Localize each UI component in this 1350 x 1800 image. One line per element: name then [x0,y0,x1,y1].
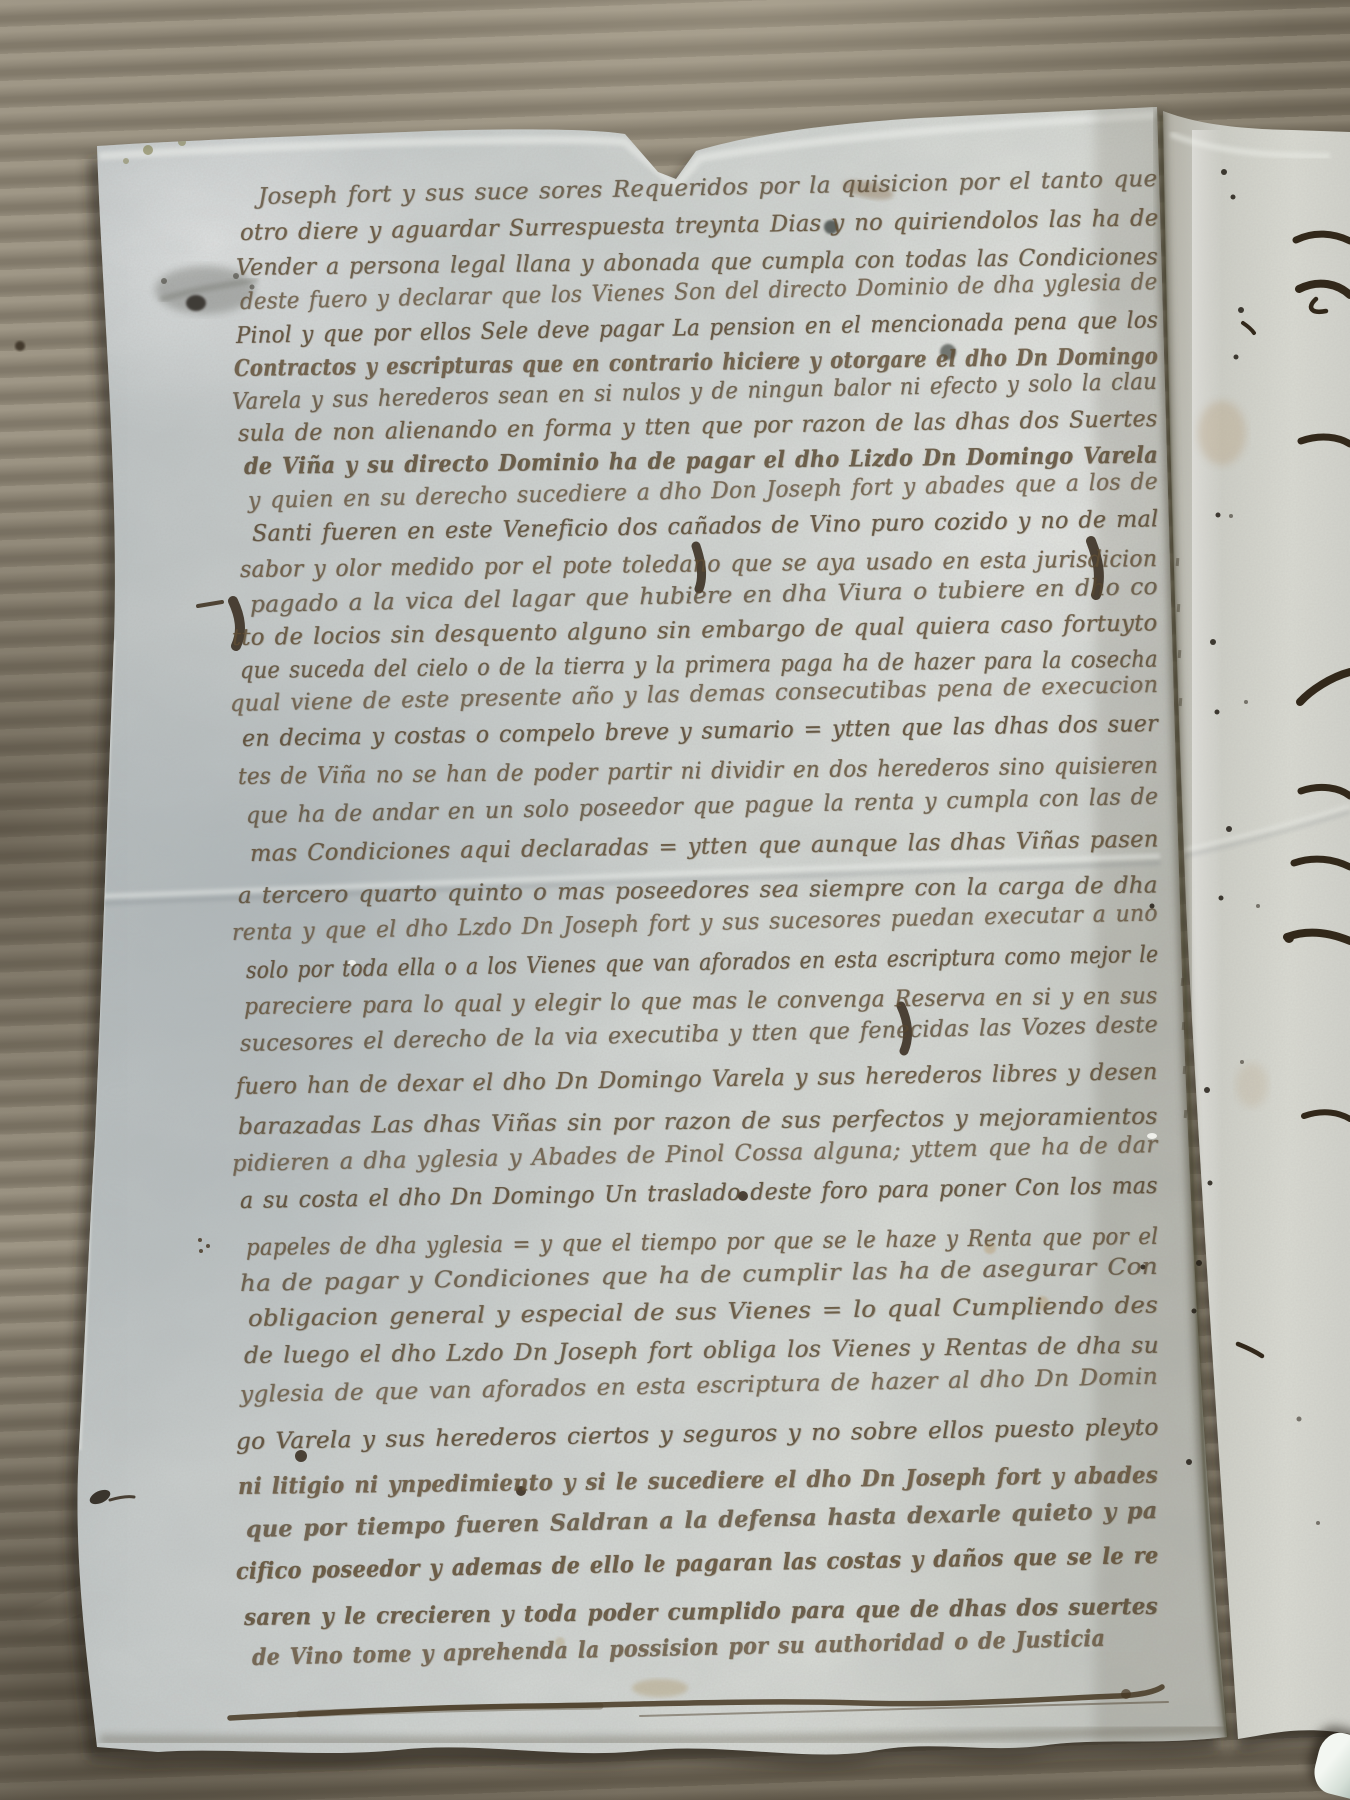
manuscript-line-26: fuero han de dexar el dho Dn Domingo Var… [236,1057,1158,1102]
manuscript-line-29: a su costa el dho Dn Domingo Un traslado… [240,1171,1158,1216]
manuscript-line-32: obligacion general y especial de sus Vie… [248,1290,1158,1334]
manuscript-line-36: ni litigio ni ynpedimiento y si le suced… [238,1461,1158,1502]
manuscript-line-23: solo por toda ella o a los Vienes que va… [246,940,1159,986]
manuscript-line-2: otro diere y aguardar Surrespuesta treyn… [240,203,1159,248]
photo-scene: Joseph fort y sus suce sores Requeridos … [0,0,1350,1800]
manuscript-line-35: go Varela y sus herederos ciertos y segu… [236,1413,1159,1457]
manuscript-line-20: mas Condiciones aqui declaradas = ytten … [250,824,1159,869]
manuscript-line-38: cifico poseedor y ademas de ello le paga… [236,1541,1159,1587]
manuscript-text-block: Joseph fort y sus suce sores Requeridos … [0,0,1350,1800]
manuscript-line-37: que por tiempo fueren Saldran a la defen… [246,1496,1158,1545]
